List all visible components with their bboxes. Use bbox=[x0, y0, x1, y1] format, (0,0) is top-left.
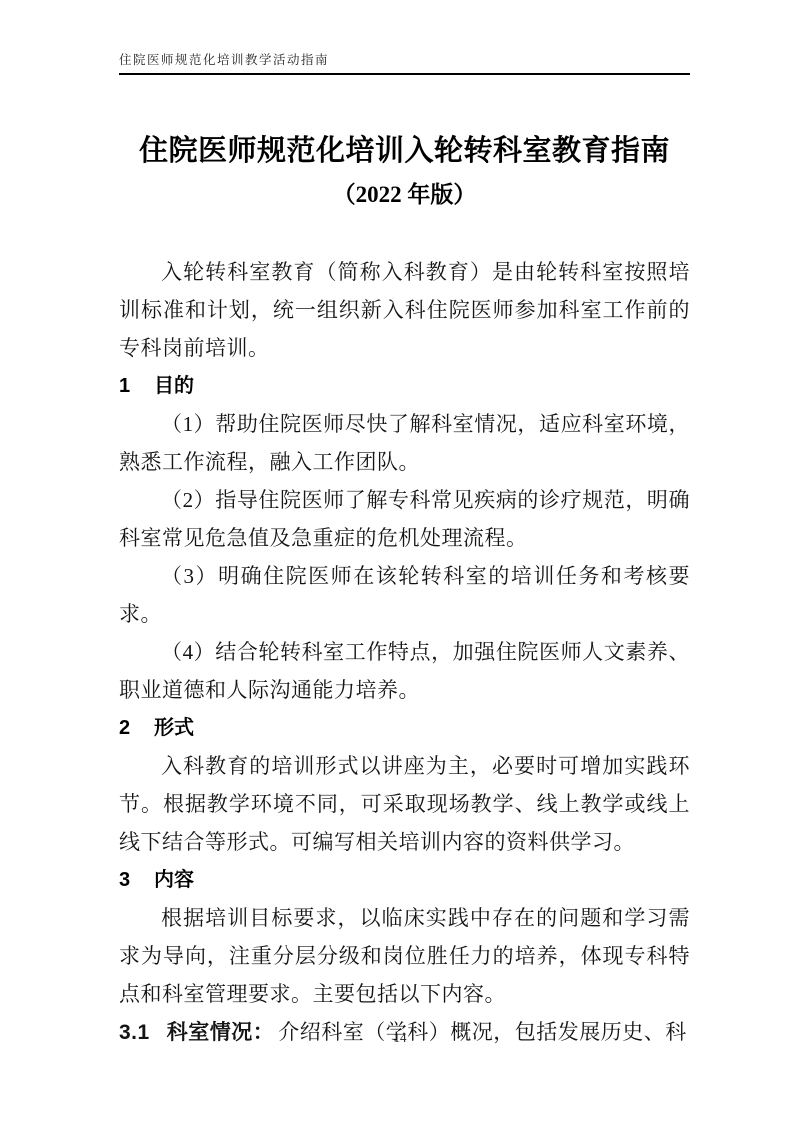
document-title: 住院医师规范化培训入轮转科室教育指南 bbox=[119, 132, 690, 171]
paragraph: （1）帮助住院医师尽快了解科室情况，适应科室环境，熟悉工作流程，融入工作团队。 bbox=[119, 405, 690, 481]
running-header-text: 住院医师规范化培训教学活动指南 bbox=[119, 53, 329, 67]
page-number: 14 bbox=[394, 1030, 407, 1045]
page-footer: 14 bbox=[0, 1030, 800, 1046]
document-subtitle: （2022 年版） bbox=[119, 180, 690, 210]
section-number: 1 bbox=[119, 367, 154, 405]
paragraph: （4）结合轮转科室工作特点，加强住院医师人文素养、职业道德和人际沟通能力培养。 bbox=[119, 633, 690, 709]
section-number: 3 bbox=[119, 861, 154, 899]
running-header: 住院医师规范化培训教学活动指南 bbox=[119, 50, 690, 75]
document-body: 入轮转科室教育（简称入科教育）是由轮转科室按照培训标准和计划，统一组织新入科住院… bbox=[119, 253, 690, 1052]
section-title: 形式 bbox=[154, 709, 194, 747]
section-title: 目的 bbox=[154, 367, 194, 405]
content-area: 住院医师规范化培训教学活动指南 住院医师规范化培训入轮转科室教育指南 （2022… bbox=[119, 50, 690, 1052]
section-heading-2: 2 形式 bbox=[119, 709, 690, 747]
paragraph: （3）明确住院医师在该轮转科室的培训任务和考核要求。 bbox=[119, 557, 690, 633]
intro-paragraph: 入轮转科室教育（简称入科教育）是由轮转科室按照培训标准和计划，统一组织新入科住院… bbox=[119, 253, 690, 367]
section-heading-3: 3 内容 bbox=[119, 861, 690, 899]
section-title: 内容 bbox=[154, 861, 194, 899]
document-page: 住院医师规范化培训教学活动指南 住院医师规范化培训入轮转科室教育指南 （2022… bbox=[0, 0, 800, 1131]
section-heading-1: 1 目的 bbox=[119, 367, 690, 405]
paragraph: 根据培训目标要求，以临床实践中存在的问题和学习需求为导向，注重分层分级和岗位胜任… bbox=[119, 899, 690, 1013]
paragraph: 入科教育的培训形式以讲座为主，必要时可增加实践环节。根据教学环境不同，可采取现场… bbox=[119, 747, 690, 861]
section-number: 2 bbox=[119, 709, 154, 747]
paragraph: （2）指导住院医师了解专科常见疾病的诊疗规范，明确科室常见危急值及急重症的危机处… bbox=[119, 481, 690, 557]
